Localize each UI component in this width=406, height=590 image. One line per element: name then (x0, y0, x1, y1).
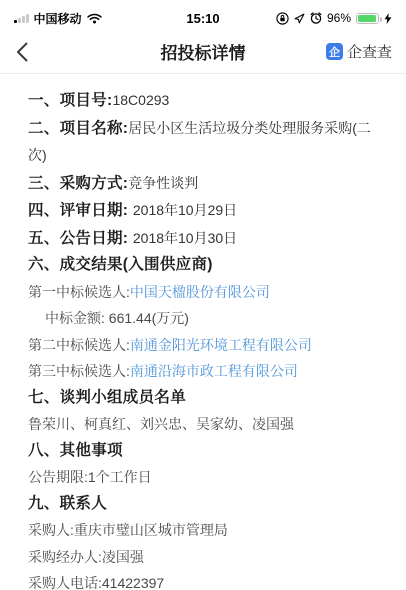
section-project-name: 二、项目名称:居民小区生活垃圾分类处理服务采购(二次) (28, 115, 378, 170)
bidder3-row: 第三中标候选人:南通沿海市政工程有限公司 (28, 358, 378, 385)
back-button[interactable] (16, 40, 40, 64)
bidder2-row: 第二中标候选人:南通金阳光环境工程有限公司 (28, 332, 378, 359)
cellular-signal-icon (14, 14, 29, 23)
chevron-left-icon (16, 42, 28, 62)
bid-amount-row: 中标金额: 661.44(万元) (28, 305, 378, 332)
section-notice-date: 五、公告日期: 2018年10月30日 (28, 225, 378, 253)
location-arrow-icon (294, 13, 305, 24)
battery-percent-label: 96% (327, 11, 351, 25)
project-number-value: 18C0293 (112, 92, 169, 108)
section-project-number: 一、项目号:18C0293 (28, 87, 378, 115)
purchase-method-value: 竞争性谈判 (128, 175, 198, 191)
notice-date-label: 五、公告日期: (28, 230, 133, 247)
qichacha-logo-icon: 企 (326, 43, 343, 60)
bid-amount-value: 661.44(万元) (109, 310, 189, 326)
review-date-label: 四、评审日期: (28, 202, 133, 219)
bidder1-row: 第一中标候选人:中国天楹股份有限公司 (28, 279, 378, 306)
section-other-heading: 八、其他事项 (28, 438, 378, 465)
notice-date-value: 2018年10月30日 (133, 230, 237, 246)
nav-bar: 招投标详情 企 企查查 (0, 30, 406, 74)
page-title: 招投标详情 (161, 39, 246, 64)
bidder2-company-link[interactable]: 南通金阳光环境工程有限公司 (130, 337, 312, 353)
bidder1-label: 第一中标候选人: (28, 284, 130, 300)
panel-members: 鲁荣川、柯真红、刘兴忠、吴家幼、凌国强 (28, 411, 378, 438)
notice-period: 公告期限:1个工作日 (28, 464, 378, 491)
bidder2-label: 第二中标候选人: (28, 337, 130, 353)
purchase-agent: 采购经办人:凌国强 (28, 544, 378, 571)
orientation-lock-icon (276, 12, 289, 25)
qichacha-brand-button[interactable]: 企 企查查 (326, 41, 392, 62)
status-bar: 中国移动 15:10 (0, 0, 406, 30)
qichacha-brand-label: 企查查 (347, 41, 392, 62)
section-panel-heading: 七、谈判小组成员名单 (28, 385, 378, 412)
charging-bolt-icon (384, 13, 392, 24)
carrier-label: 中国移动 (34, 10, 82, 27)
section-purchase-method: 三、采购方式:竞争性谈判 (28, 170, 378, 198)
bidder3-company-link[interactable]: 南通沿海市政工程有限公司 (130, 363, 298, 379)
section-contact-heading: 九、联系人 (28, 491, 378, 518)
project-name-label: 二、项目名称: (28, 120, 128, 137)
purchaser-phone: 采购人电话:41422397 (28, 570, 378, 590)
section-result-heading: 六、成交结果(入围供应商) (28, 252, 378, 279)
bidder1-company-link[interactable]: 中国天楹股份有限公司 (130, 284, 270, 300)
clock-time-label: 15:10 (186, 11, 219, 26)
review-date-value: 2018年10月29日 (133, 202, 237, 218)
battery-icon (356, 13, 379, 24)
bidder3-label: 第三中标候选人: (28, 363, 130, 379)
project-number-label: 一、项目号: (28, 92, 112, 109)
section-review-date: 四、评审日期: 2018年10月29日 (28, 197, 378, 225)
purchase-method-label: 三、采购方式: (28, 175, 128, 192)
alarm-clock-icon (310, 12, 322, 24)
purchaser: 采购人:重庆市璧山区城市管理局 (28, 517, 378, 544)
bid-amount-label: 中标金额: (45, 310, 109, 326)
wifi-icon (87, 13, 102, 24)
bid-detail-content: 一、项目号:18C0293 二、项目名称:居民小区生活垃圾分类处理服务采购(二次… (0, 74, 406, 590)
